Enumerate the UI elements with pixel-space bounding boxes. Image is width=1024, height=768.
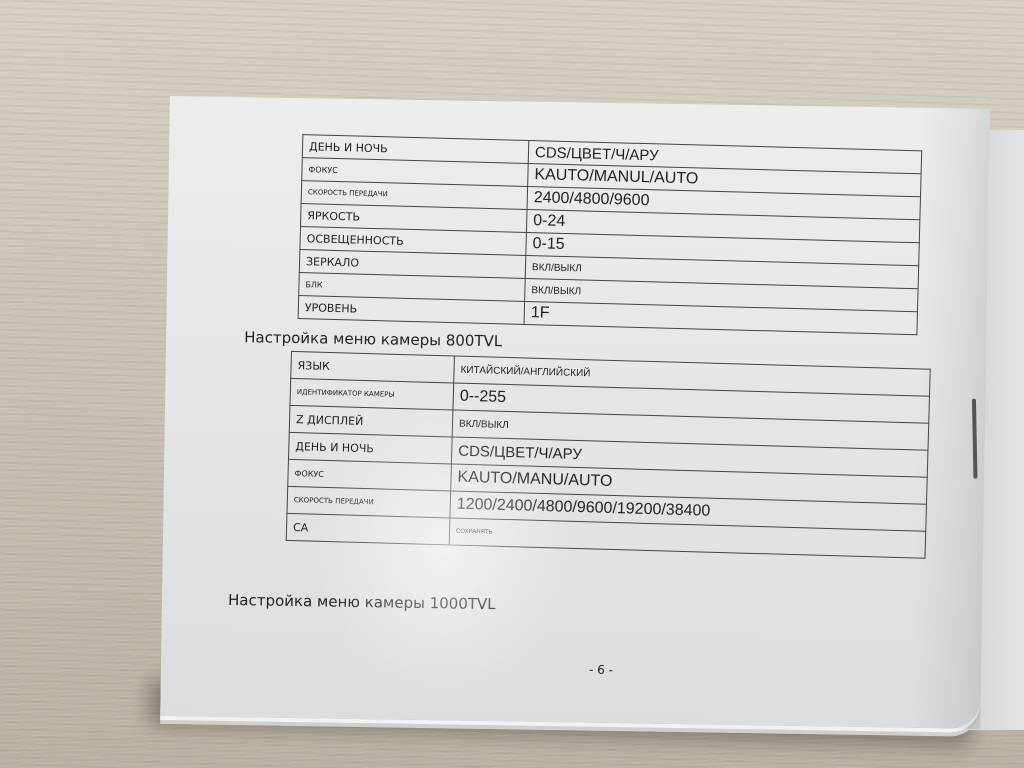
row-label: СА	[286, 513, 450, 545]
section-heading-800tvl: Настройка меню камеры 800TVL	[244, 328, 502, 350]
row-label: УРОВЕНЬ	[298, 296, 525, 325]
section-heading-1000tvl: Настройка меню камеры 1000TVL	[228, 591, 496, 613]
page-number: - 6 -	[589, 663, 613, 677]
settings-table-1: ДЕНЬ И НОЧЬCDS/ЦВЕТ/Ч/АРУ ФОКУСKAUTO/MAN…	[298, 134, 923, 335]
manual-page: ДЕНЬ И НОЧЬCDS/ЦВЕТ/Ч/АРУ ФОКУСKAUTO/MAN…	[160, 96, 990, 729]
settings-table-800tvl: ЯЗЫККИТАЙСКИЙ/АНГЛИЙСКИЙ ИДЕНТИФИКАТОР К…	[286, 351, 931, 559]
